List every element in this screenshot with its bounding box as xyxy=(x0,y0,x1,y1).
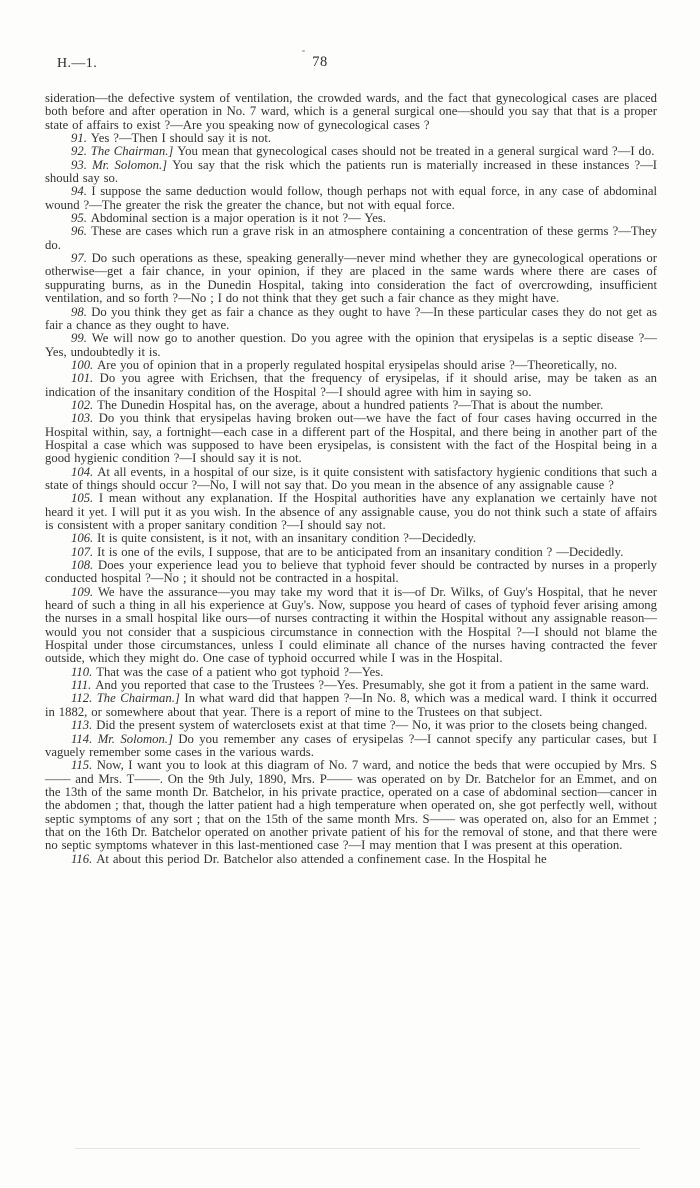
testimony-paragraph-106: 106. It is quite consistent, is it not, … xyxy=(45,532,657,545)
question-number: 108. xyxy=(71,558,98,572)
testimony-paragraph-95: 95. Abdominal section is a major operati… xyxy=(45,212,657,225)
testimony-paragraph-99: 99. We will now go to another question. … xyxy=(45,332,657,359)
testimony-paragraph-97: 97. Do such operations as these, speakin… xyxy=(45,252,657,305)
question-number: 110. xyxy=(71,665,96,679)
continuation-paragraph: sideration—the defective system of venti… xyxy=(45,92,657,132)
speaker-name: The Chairman.] xyxy=(97,691,185,705)
question-number: 114. xyxy=(71,732,98,746)
page-bottom-rule xyxy=(75,1148,640,1149)
question-number: 96. xyxy=(71,224,91,238)
question-number: 111. xyxy=(71,678,95,692)
question-number: 94. xyxy=(71,184,91,198)
question-number: 99. xyxy=(71,331,92,345)
testimony-paragraph-91: 91. Yes ?—Then I should say it is not. xyxy=(45,132,657,145)
speaker-name: Mr. Solomon.] xyxy=(92,158,172,172)
question-number: 92. xyxy=(71,144,91,158)
testimony-paragraph-112: 112. The Chairman.] In what ward did tha… xyxy=(45,692,657,719)
document-reference: H.—1. xyxy=(57,56,97,72)
question-number: 113. xyxy=(71,718,96,732)
question-number: 107. xyxy=(71,545,97,559)
speaker-name: Mr. Solomon.] xyxy=(98,732,179,746)
testimony-paragraph-109: 109. We have the assurance—you may take … xyxy=(45,586,657,666)
testimony-paragraph-100: 100. Are you of opinion that in a proper… xyxy=(45,359,657,372)
question-number: 98. xyxy=(71,305,91,319)
testimony-paragraph-103: 103. Do you think that erysipelas having… xyxy=(45,412,657,465)
document-page: H.—1. 78 sideration—the defective system… xyxy=(0,0,700,1188)
testimony-paragraph-105: 105. I mean without any explanation. If … xyxy=(45,492,657,532)
testimony-text: sideration—the defective system of venti… xyxy=(45,92,657,866)
question-number: 105. xyxy=(71,491,99,505)
page-number: 78 xyxy=(280,54,360,71)
testimony-paragraph-96: 96. These are cases which run a grave ri… xyxy=(45,225,657,252)
testimony-paragraph-104: 104. At all events, in a hospital of our… xyxy=(45,466,657,493)
testimony-paragraph-115: 115. Now, I want you to look at this dia… xyxy=(45,759,657,852)
speaker-name: The Chairman.] xyxy=(91,144,177,158)
testimony-paragraph-110: 110. That was the case of a patient who … xyxy=(45,666,657,679)
question-number: 101. xyxy=(71,371,100,385)
question-number: 116. xyxy=(71,852,96,866)
question-number: 100. xyxy=(71,358,97,372)
testimony-paragraph-93: 93. Mr. Solomon.] You say that the risk … xyxy=(45,159,657,186)
scan-speck xyxy=(302,50,305,52)
question-number: 93. xyxy=(71,158,92,172)
question-number: 102. xyxy=(71,398,97,412)
question-number: 115. xyxy=(71,758,97,772)
testimony-paragraph-113: 113. Did the present system of waterclos… xyxy=(45,719,657,732)
testimony-paragraph-107: 107. It is one of the evils, I suppose, … xyxy=(45,546,657,559)
question-number: 97. xyxy=(71,251,92,265)
question-number: 109. xyxy=(71,585,98,599)
question-number: 104. xyxy=(71,465,97,479)
testimony-paragraph-98: 98. Do you think they get as fair a chan… xyxy=(45,306,657,333)
testimony-paragraph-94: 94. I suppose the same deduction would f… xyxy=(45,185,657,212)
testimony-paragraph-111: 111. And you reported that case to the T… xyxy=(45,679,657,692)
testimony-paragraph-116: 116. At about this period Dr. Batchelor … xyxy=(45,853,657,866)
question-number: 112. xyxy=(71,691,97,705)
testimony-paragraph-114: 114. Mr. Solomon.] Do you remember any c… xyxy=(45,733,657,760)
question-number: 91. xyxy=(71,131,91,145)
testimony-paragraph-102: 102. The Dunedin Hospital has, on the av… xyxy=(45,399,657,412)
testimony-paragraph-108: 108. Does your experience lead you to be… xyxy=(45,559,657,586)
testimony-paragraph-101: 101. Do you agree with Erichsen, that th… xyxy=(45,372,657,399)
question-number: 106. xyxy=(71,531,97,545)
question-number: 103. xyxy=(71,411,99,425)
testimony-paragraph-92: 92. The Chairman.] You mean that gynecol… xyxy=(45,145,657,158)
question-number: 95. xyxy=(71,211,91,225)
